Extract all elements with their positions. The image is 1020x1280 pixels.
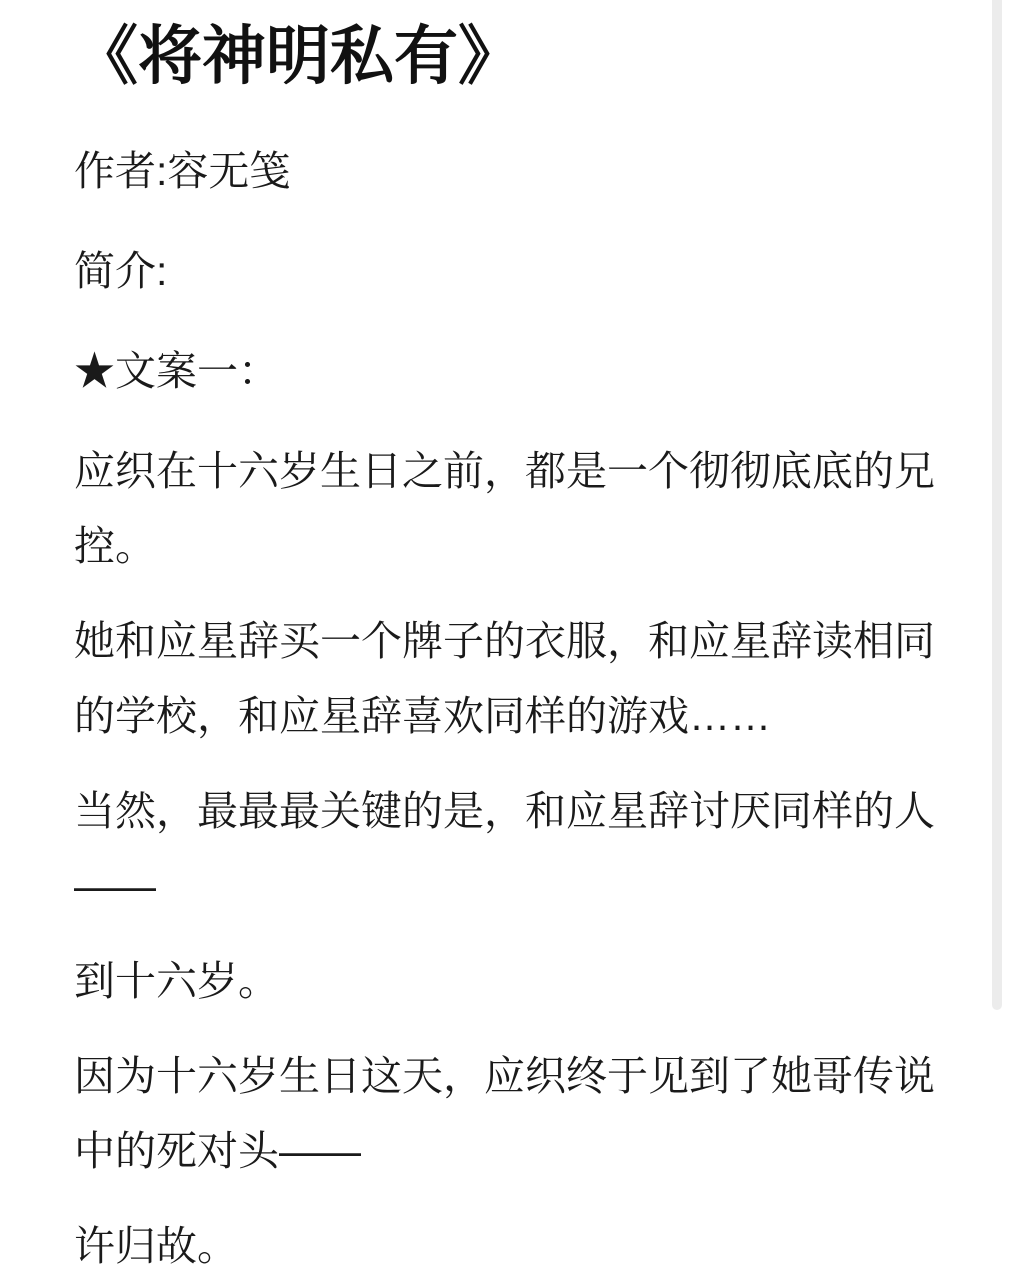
intro-label: 简介: bbox=[74, 234, 954, 309]
paragraph-3: 当然，最最最关键的是，和应星辞讨厌同样的人—— bbox=[74, 774, 954, 924]
paragraph-6: 许归故。 bbox=[74, 1209, 954, 1280]
novel-intro-page: 《将神明私有》 作者:容无笺 简介: ★文案一： 应织在十六岁生日之前，都是一个… bbox=[0, 0, 1020, 1280]
paragraph-5: 因为十六岁生日这天，应织终于见到了她哥传说中的死对头—— bbox=[74, 1039, 954, 1189]
section-label: ★文案一： bbox=[74, 334, 954, 409]
paragraph-2: 她和应星辞买一个牌子的衣服，和应星辞读相同的学校，和应星辞喜欢同样的游戏…… bbox=[74, 604, 954, 754]
novel-title: 《将神明私有》 bbox=[74, 16, 954, 96]
scrollbar-thumb[interactable] bbox=[992, 0, 1002, 1010]
author-line: 作者:容无笺 bbox=[74, 134, 954, 209]
paragraph-4: 到十六岁。 bbox=[74, 944, 954, 1019]
paragraph-1: 应织在十六岁生日之前，都是一个彻彻底底的兄控。 bbox=[74, 434, 954, 584]
